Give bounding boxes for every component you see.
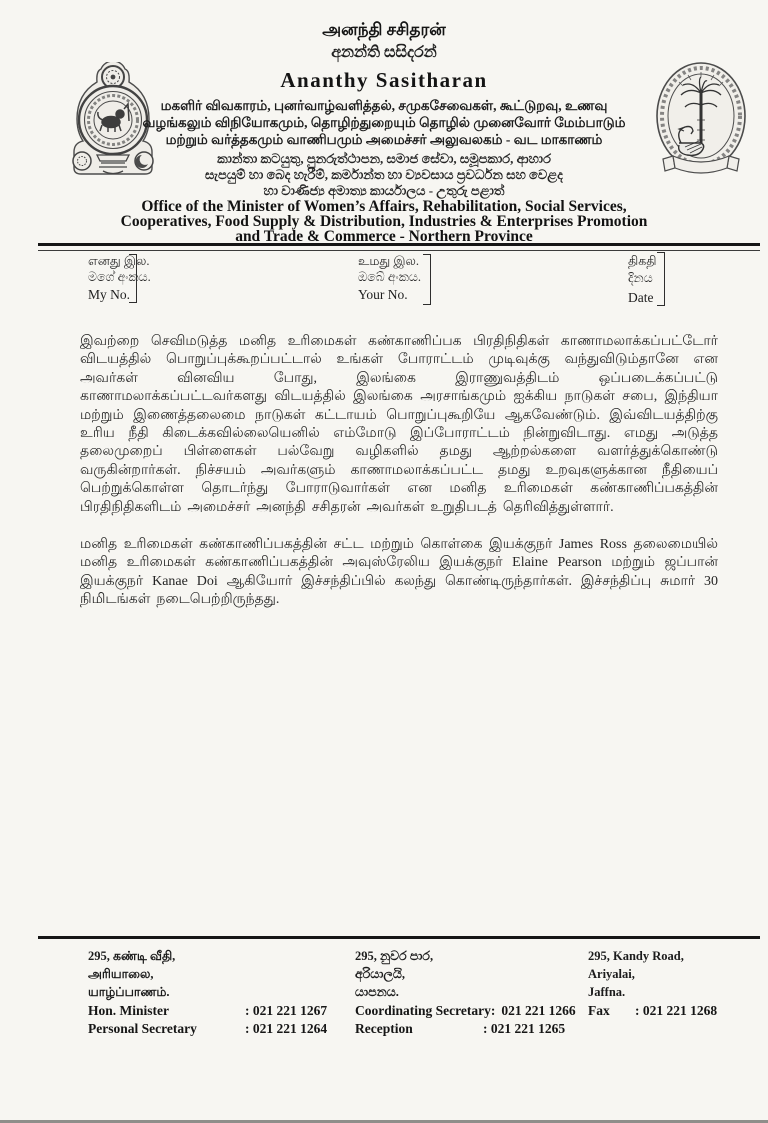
footer-address-sinhala-line1: 295, නුවර පාර, xyxy=(355,947,433,965)
ministry-title-sinhala-line1: කාන්තා කටයුතු, පුනරුත්ථාපන, සමාජ සේවා, ස… xyxy=(84,151,684,167)
contact-number: 021 221 1266 xyxy=(501,1002,575,1020)
letter-body: இவற்றை செவிமடுத்த மனித உரிமைகள் கண்காணிப… xyxy=(80,333,718,629)
contact-label: Reception xyxy=(355,1020,483,1038)
minister-name-sinhala: අනන්ති සසිදරන් xyxy=(84,44,684,62)
footer-address-sinhala-line2: අරියාලයි, xyxy=(355,965,405,983)
footer-address-english-line3: Jaffna. xyxy=(588,983,625,1001)
date-label-sinhala: දිනය xyxy=(628,271,653,286)
minister-name-english: Ananthy Sasitharan xyxy=(84,68,684,93)
body-paragraph-2: மனித உரிமைகள் கண்காணிப்பகத்தின் சட்ட மற்… xyxy=(80,536,718,610)
contact-label: Coordinating Secretary: xyxy=(355,1002,495,1020)
contact-label: Fax xyxy=(588,1002,635,1020)
my-no-label-tamil: எனது இல. xyxy=(88,254,150,270)
minister-name-tamil: அனந்தி சசிதரன் xyxy=(84,20,684,42)
footer-address-tamil-line1: 295, கண்டி வீதி, xyxy=(88,947,175,965)
your-no-bracket xyxy=(423,254,431,305)
contact-personal-secretary: Personal Secretary : 021 221 1264 xyxy=(88,1020,327,1038)
your-no-label-tamil: உமது இல. xyxy=(358,254,419,270)
contact-fax: Fax : 021 221 1268 xyxy=(588,1002,717,1020)
date-label-tamil: திகதி xyxy=(628,254,656,270)
ministry-title-tamil-line2: வழங்கலும் விநியோகமும், தொழிற்துறையும் தொ… xyxy=(84,115,684,133)
date-label-english: Date xyxy=(628,290,653,306)
my-no-label-english: My No. xyxy=(88,287,130,303)
contact-number: : 021 221 1265 xyxy=(483,1020,565,1038)
contact-number: : 021 221 1267 xyxy=(245,1002,327,1020)
ministry-title-sinhala-line2: සැපයුම් හා බෙද හැරීම්, කර්මාන්ත හා ව්‍යව… xyxy=(84,167,684,183)
header-divider-rule xyxy=(38,243,760,251)
contact-label: Personal Secretary xyxy=(88,1020,245,1038)
body-paragraph-1: இவற்றை செவிமடுத்த மனித உரிமைகள் கண்காணிப… xyxy=(80,333,718,517)
contact-number: : 021 221 1268 xyxy=(635,1002,717,1020)
footer-address-tamil-line3: யாழ்ப்பாணம். xyxy=(88,983,170,1001)
contact-hon-minister: Hon. Minister : 021 221 1267 xyxy=(88,1002,327,1020)
footer-address-tamil-line2: அரியாலை, xyxy=(88,965,153,983)
ministry-title-tamil-line3: மற்றும் வர்த்தகமும் வாணிபமும் அமைச்சர் அ… xyxy=(84,132,684,150)
footer-divider-rule xyxy=(38,936,760,939)
ministry-title-tamil-line1: மகளிர் விவகாரம், புனர்வாழ்வளித்தல், சமுக… xyxy=(84,98,684,116)
ministry-title-sinhala-line3: හා වාණිජ්‍ය අමාත්‍ය කාර්යාලය - උතුරු පළා… xyxy=(84,183,684,199)
contact-label: Hon. Minister xyxy=(88,1002,245,1020)
my-no-bracket xyxy=(129,254,137,303)
date-bracket xyxy=(657,252,665,306)
scanned-letterhead-document: அனந்தி சசிதரன் අනන්ති සසිදරන් Ananthy Sa… xyxy=(0,0,768,1123)
my-no-label-sinhala: මගේ අංකය. xyxy=(88,270,151,285)
contact-reception: Reception : 021 221 1265 xyxy=(355,1020,565,1038)
your-no-label-sinhala: ඔබේ අංකය. xyxy=(358,270,421,285)
your-no-label-english: Your No. xyxy=(358,287,408,303)
footer-address-sinhala-line3: යාපනය. xyxy=(355,983,399,1001)
contact-number: : 021 221 1264 xyxy=(245,1020,327,1038)
contact-coordinating-secretary: Coordinating Secretary: 021 221 1266 xyxy=(355,1002,576,1020)
footer-address-english-line2: Ariyalai, xyxy=(588,965,635,983)
footer-address-english-line1: 295, Kandy Road, xyxy=(588,947,684,965)
